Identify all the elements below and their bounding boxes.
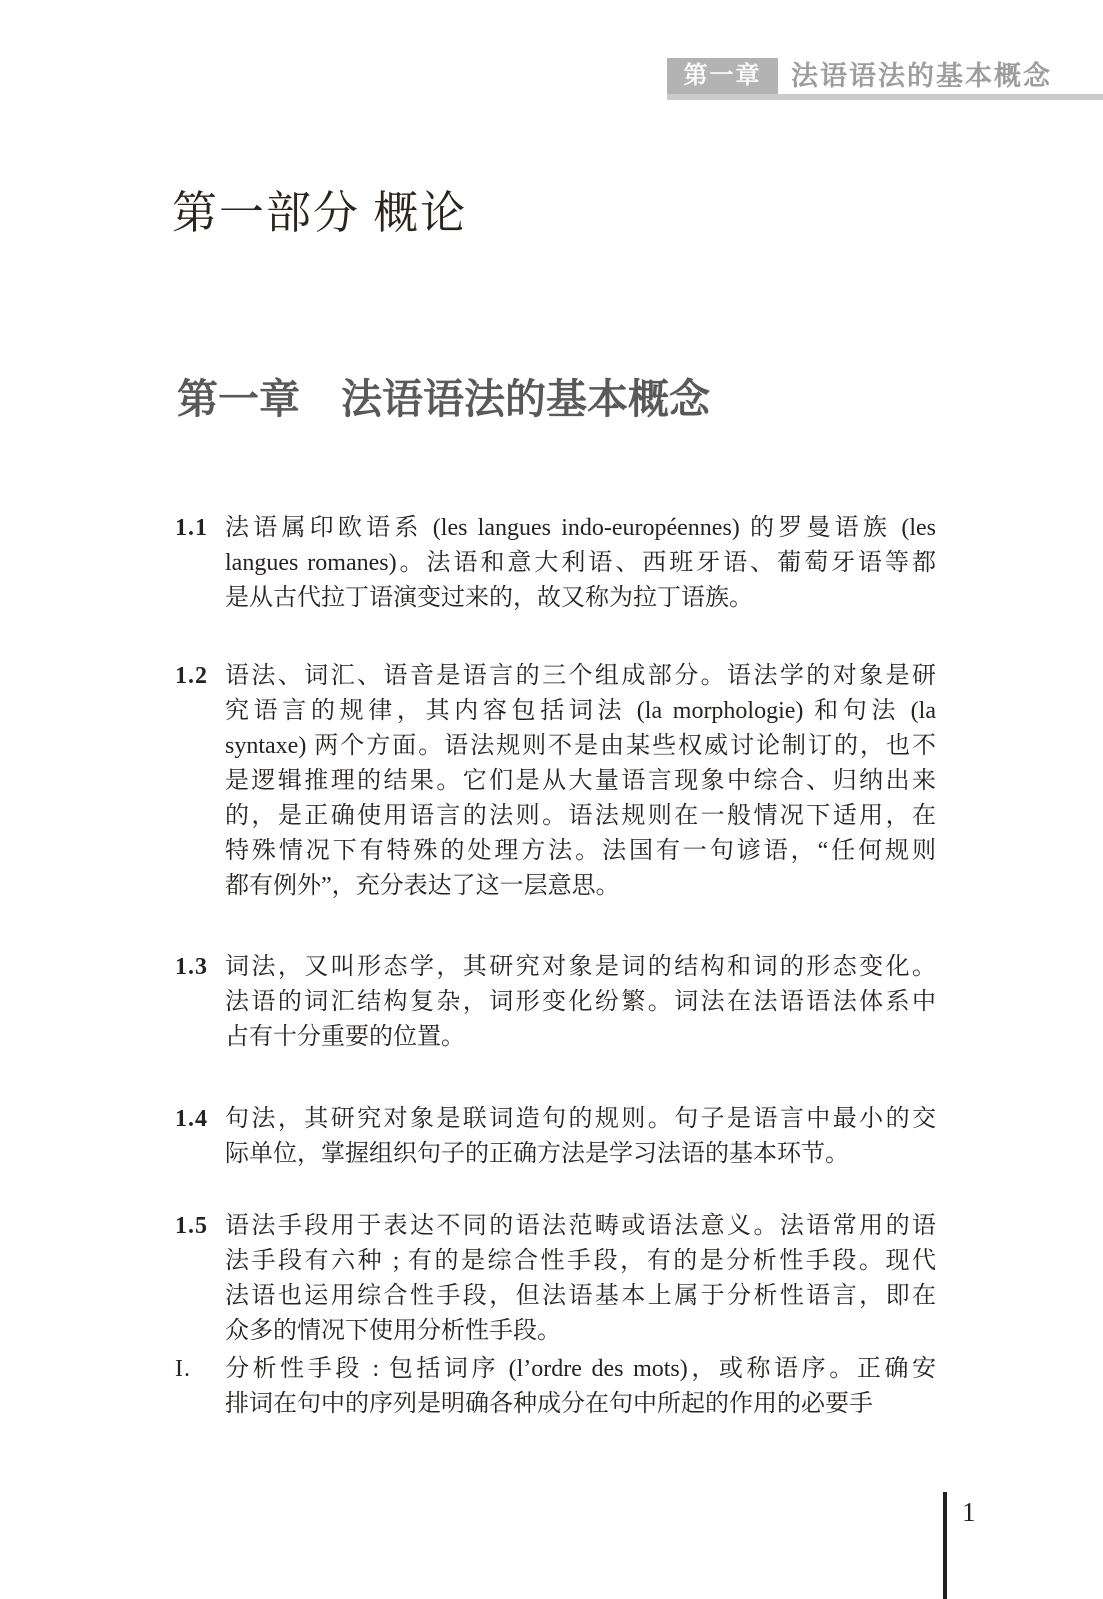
text-line: 词法，又叫形态学，其研究对象是词的结构和词的形态变化。 — [225, 950, 936, 985]
paragraph-number: 1.4 — [175, 1102, 208, 1137]
running-head-chapter-title: 法语语法的基本概念 — [791, 58, 1052, 94]
text-line: 占有十分重要的位置。 — [225, 1020, 936, 1055]
text-line: 的，是正确使用语言的法则。语法规则在一般情况下适用，在 — [225, 799, 936, 834]
text-line: 众多的情况下使用分析性手段。 — [225, 1314, 936, 1349]
text-line: 句法，其研究对象是联词造句的规则。句子是语言中最小的交 — [225, 1102, 936, 1137]
text-line: 法手段有六种 ; 有的是综合性手段，有的是分析性手段。现代 — [225, 1244, 936, 1279]
paragraph-lines: 分析性手段 : 包括词序 (l’ordre des mots)，或称语序。正确安… — [225, 1352, 936, 1422]
chapter-heading-title: 法语语法的基本概念 — [341, 376, 710, 422]
text-line: 是逻辑推理的结果。它们是从大量语言现象中综合、归纳出来 — [225, 764, 936, 799]
text-line: langues romanes)。法语和意大利语、西班牙语、葡萄牙语等都 — [225, 546, 936, 581]
paragraph: 1.3词法，又叫形态学，其研究对象是词的结构和词的形态变化。法语的词汇结构复杂，… — [175, 950, 936, 1055]
paragraph-number: 1.3 — [175, 950, 208, 985]
part-title: 第一部分 概论 — [172, 176, 467, 241]
text-line: 语法、词汇、语音是语言的三个组成部分。语法学的对象是研 — [225, 659, 936, 694]
paragraph-lines: 语法、词汇、语音是语言的三个组成部分。语法学的对象是研究语言的规律，其内容包括词… — [225, 659, 936, 904]
paragraph-number: 1.2 — [175, 659, 208, 694]
paragraph-number: 1.1 — [175, 511, 208, 546]
text-line: 法语属印欧语系 (les langues indo-européennes) 的… — [225, 511, 936, 546]
paragraph: 1.4句法，其研究对象是联词造句的规则。句子是语言中最小的交际单位，掌握组织句子… — [175, 1102, 936, 1172]
text-line: 特殊情况下有特殊的处理方法。法国有一句谚语，“任何规则 — [225, 834, 936, 869]
paragraph: 1.2语法、词汇、语音是语言的三个组成部分。语法学的对象是研究语言的规律，其内容… — [175, 659, 936, 904]
paragraph-lines: 句法，其研究对象是联词造句的规则。句子是语言中最小的交际单位，掌握组织句子的正确… — [225, 1102, 936, 1172]
running-head-rule — [667, 94, 1103, 100]
paragraph-lines: 词法，又叫形态学，其研究对象是词的结构和词的形态变化。法语的词汇结构复杂，词形变… — [225, 950, 936, 1055]
text-line: 是从古代拉丁语演变过来的，故又称为拉丁语族。 — [225, 581, 936, 616]
paragraph-lines: 语法手段用于表达不同的语法范畴或语法意义。法语常用的语法手段有六种 ; 有的是综… — [225, 1209, 936, 1349]
running-head-chapter-tab: 第一章 — [667, 58, 778, 94]
paragraph: I.分析性手段 : 包括词序 (l’ordre des mots)，或称语序。正… — [175, 1352, 936, 1422]
paragraph-number: 1.5 — [175, 1209, 208, 1244]
book-page: 第一章 法语语法的基本概念 第一部分 概论 第一章法语语法的基本概念 1.1法语… — [0, 0, 1103, 1599]
text-line: 语法手段用于表达不同的语法范畴或语法意义。法语常用的语 — [225, 1209, 936, 1244]
paragraph: 1.5语法手段用于表达不同的语法范畴或语法意义。法语常用的语法手段有六种 ; 有… — [175, 1209, 936, 1349]
page-number-rule — [943, 1492, 947, 1599]
text-line: 分析性手段 : 包括词序 (l’ordre des mots)，或称语序。正确安 — [225, 1352, 936, 1387]
text-line: 究语言的规律，其内容包括词法 (la morphologie) 和句法 (la — [225, 694, 936, 729]
text-line: 都有例外”，充分表达了这一层意思。 — [225, 869, 936, 904]
paragraph-number: I. — [175, 1352, 191, 1387]
paragraph: 1.1法语属印欧语系 (les langues indo-européennes… — [175, 511, 936, 616]
text-line: 排词在句中的序列是明确各种成分在句中所起的作用的必要手 — [225, 1387, 936, 1422]
text-line: 法语的词汇结构复杂，词形变化纷繁。词法在法语语法体系中 — [225, 985, 936, 1020]
paragraph-lines: 法语属印欧语系 (les langues indo-européennes) 的… — [225, 511, 936, 616]
text-line: 际单位，掌握组织句子的正确方法是学习法语的基本环节。 — [225, 1137, 936, 1172]
text-line: syntaxe) 两个方面。语法规则不是由某些权威讨论制订的，也不 — [225, 729, 936, 764]
page-number: 1 — [962, 1492, 976, 1532]
chapter-heading-number: 第一章 — [177, 376, 300, 422]
text-line: 法语也运用综合性手段，但法语基本上属于分析性语言，即在 — [225, 1279, 936, 1314]
chapter-heading: 第一章法语语法的基本概念 — [177, 366, 710, 425]
